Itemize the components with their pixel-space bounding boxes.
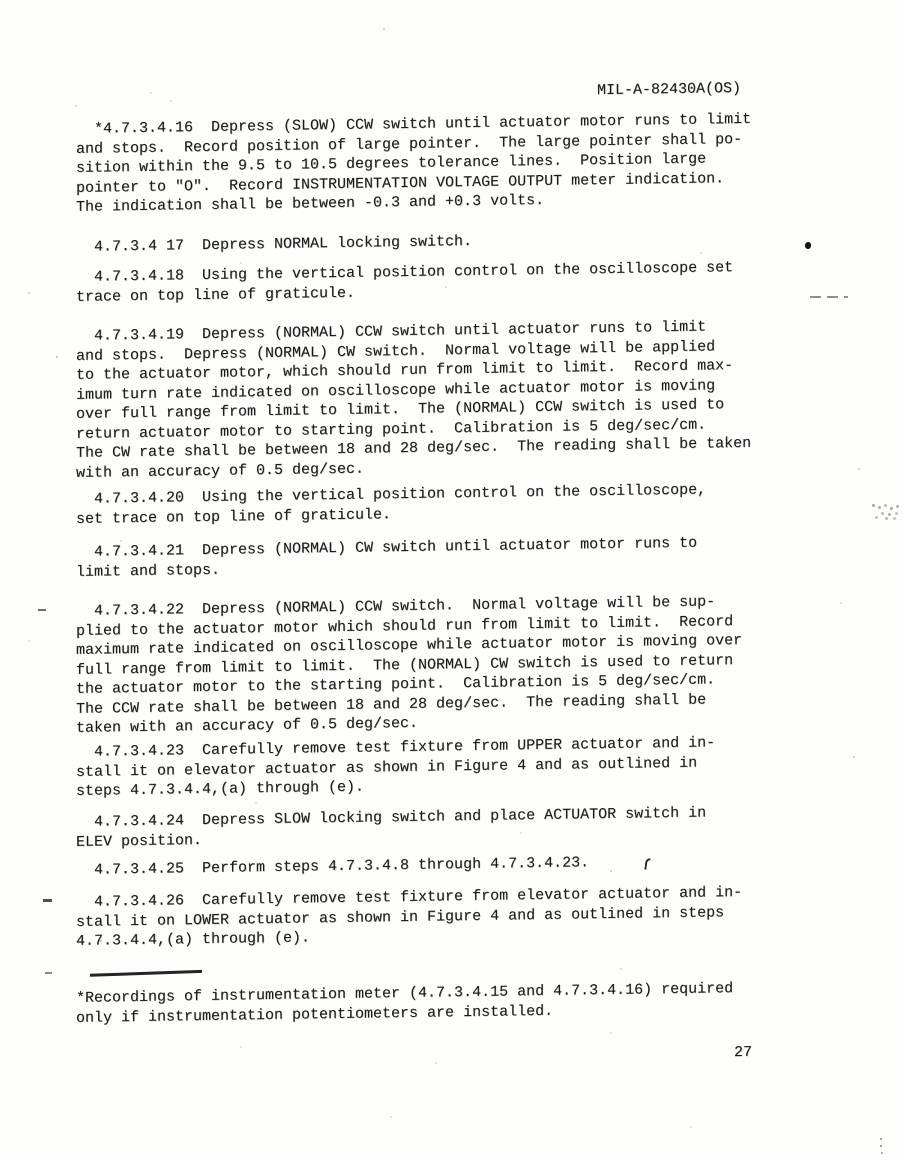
scan-edge-dashes (810, 296, 848, 298)
scan-edge-smudge (872, 504, 875, 507)
document-paragraph: 4.7.3.4.18 Using the vertical position c… (76, 258, 733, 307)
document-paragraph: 4.7.3.4.26 Carefully remove test fixture… (76, 883, 742, 951)
document-paragraph: 4.7.3.4.19 Depress (NORMAL) CCW switch u… (76, 317, 751, 483)
document-paragraph: 4.7.3.4 17 Depress NORMAL locking switch… (76, 232, 472, 257)
document-paragraph: 4.7.3.4.24 Depress SLOW locking switch a… (76, 804, 706, 852)
document-paragraph: 4.7.3.4.22 Depress (NORMAL) CCW switch. … (76, 592, 742, 738)
scan-margin-dash (38, 609, 46, 611)
scanned-document-page: MIL-A-82430A(OS) *4.7.3.4.16 Depress (SL… (0, 0, 903, 1160)
page-number: 27 (734, 1043, 752, 1063)
document-paragraph: 4.7.3.4.23 Carefully remove test fixture… (76, 733, 715, 801)
scan-corner-dots (880, 1138, 882, 1140)
document-paragraph: 4.7.3.4.20 Using the vertical position c… (76, 481, 706, 529)
footnote: *Recordings of instrumentation meter (4.… (76, 979, 733, 1028)
document-text-layer: MIL-A-82430A(OS) *4.7.3.4.16 Depress (SL… (0, 0, 903, 1160)
document-paragraph: 4.7.3.4.21 Depress (NORMAL) CW switch un… (76, 534, 697, 582)
document-paragraph: *4.7.3.4.16 Depress (SLOW) CCW switch un… (76, 110, 751, 218)
scan-margin-dash (45, 972, 52, 974)
scan-ink-dot (805, 242, 811, 249)
document-id-header: MIL-A-82430A(OS) (597, 79, 741, 101)
scan-margin-dash (43, 899, 52, 902)
footnote-rule (90, 970, 202, 976)
document-paragraph: 4.7.3.4.25 Perform steps 4.7.3.4.8 throu… (76, 853, 589, 880)
